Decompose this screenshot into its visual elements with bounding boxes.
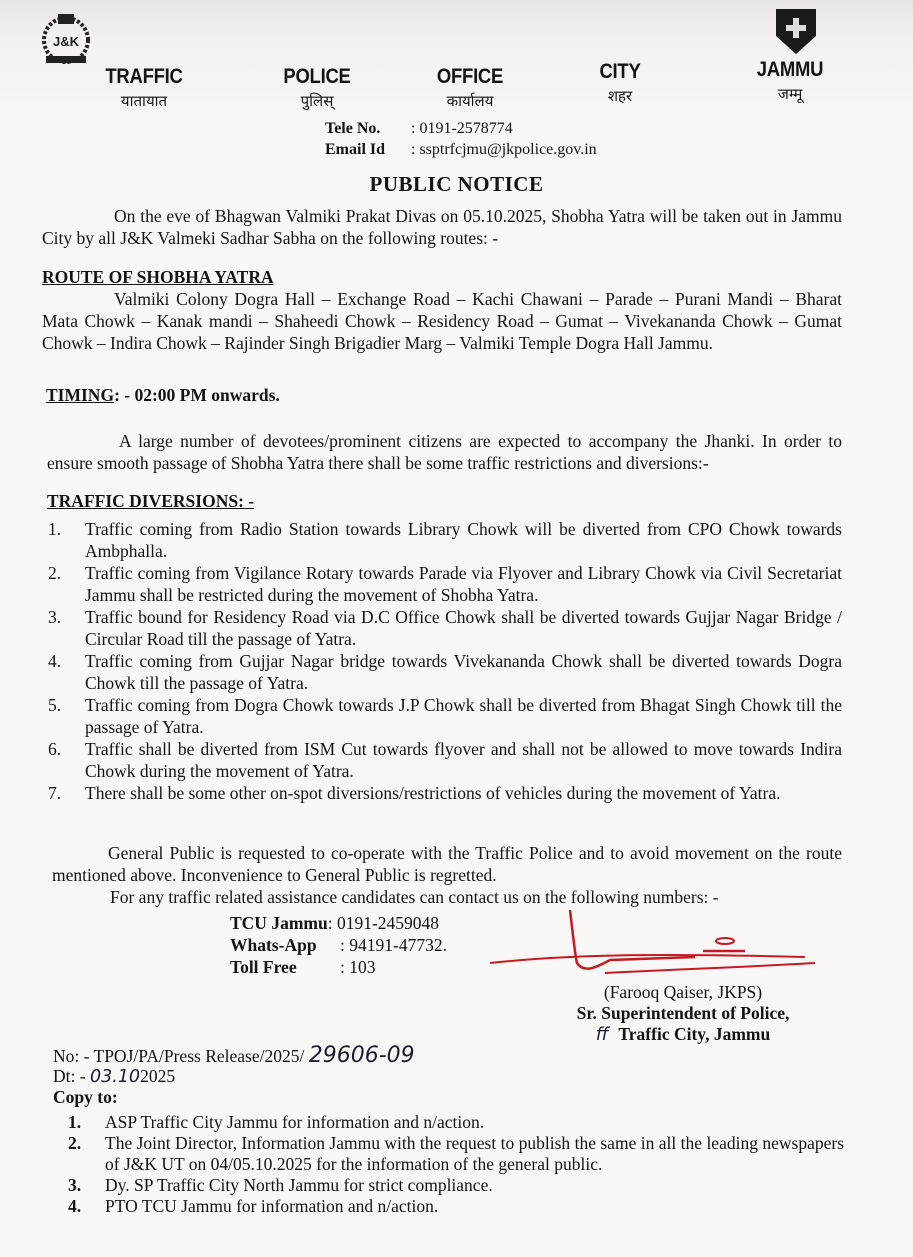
list-number: 2. — [68, 1133, 81, 1154]
route-heading: ROUTE OF SHOBHA YATRA — [42, 266, 842, 288]
page-title: PUBLIC NOTICE — [0, 172, 913, 197]
header-word-office: OFFICE कार्यालय — [425, 65, 515, 111]
list-number: 5. — [48, 694, 61, 716]
list-number: 7. — [48, 782, 61, 804]
list-number: 6. — [48, 738, 61, 760]
list-number: 4. — [48, 650, 61, 672]
reference-block: No: - TPOJ/PA/Press Release/2025/ 29606-… — [53, 1046, 653, 1107]
header-word-city: CITY शहर — [590, 60, 650, 106]
contact-tcu: TCU Jammu: 0191-2459048 — [230, 912, 447, 934]
list-text: Traffic shall be diverted from ISM Cut t… — [85, 739, 842, 781]
list-text: Dy. SP Traffic City North Jammu for stri… — [105, 1175, 493, 1195]
jk-police-crest-icon: J&K — [34, 10, 98, 70]
copy-to-item: 1.ASP Traffic City Jammu for information… — [68, 1112, 844, 1133]
list-text: Traffic coming from Vigilance Rotary tow… — [85, 563, 842, 605]
diversion-item: 2.Traffic coming from Vigilance Rotary t… — [48, 562, 842, 606]
tele-number: : 0191-2578774 — [411, 120, 513, 137]
list-number: 1. — [68, 1112, 81, 1133]
svg-text:J&K: J&K — [53, 34, 80, 49]
helpline-contacts: TCU Jammu: 0191-2459048 Whats-App: 94191… — [230, 912, 447, 978]
signature-block: (Farooq Qaiser, JKPS) Sr. Superintendent… — [548, 982, 818, 1046]
reference-date: Dt: - 03.102025 — [53, 1066, 653, 1087]
diversion-item: 5.Traffic coming from Dogra Chowk toward… — [48, 694, 842, 738]
list-text: Traffic coming from Dogra Chowk towards … — [85, 695, 842, 737]
list-text: PTO TCU Jammu for information and n/acti… — [105, 1196, 438, 1216]
signatory-designation: Sr. Superintendent of Police, — [548, 1003, 818, 1024]
copy-to-label: Copy to: — [53, 1087, 653, 1107]
copy-to-item: 4.PTO TCU Jammu for information and n/ac… — [68, 1196, 844, 1217]
diversions-list: 1.Traffic coming from Radio Station towa… — [48, 518, 842, 804]
signatory-name: (Farooq Qaiser, JKPS) — [548, 982, 818, 1003]
diversion-item: 6.Traffic shall be diverted from ISM Cut… — [48, 738, 842, 782]
list-text: There shall be some other on-spot divers… — [85, 783, 780, 803]
diversions-heading: TRAFFIC DIVERSIONS: - — [47, 490, 847, 512]
reference-number: No: - TPOJ/PA/Press Release/2025/ 29606-… — [53, 1046, 653, 1066]
route-text: Valmiki Colony Dogra Hall – Exchange Roa… — [42, 288, 842, 354]
list-number: 2. — [48, 562, 61, 584]
list-number: 3. — [68, 1175, 81, 1196]
closing-paragraph: General Public is requested to co-operat… — [52, 842, 842, 886]
header-word-jammu: JAMMU जम्मू — [740, 58, 840, 104]
list-number: 1. — [48, 518, 61, 540]
signatory-office: ffTraffic City, Jammu — [548, 1024, 818, 1046]
list-text: ASP Traffic City Jammu for information a… — [105, 1112, 484, 1132]
expectation-paragraph: A large number of devotees/prominent cit… — [47, 430, 842, 474]
diversion-item: 7.There shall be some other on-spot dive… — [48, 782, 842, 804]
header-word-police: POLICE पुलिस् — [273, 65, 361, 111]
list-text: Traffic bound for Residency Road via D.C… — [85, 607, 842, 649]
traffic-police-shield-icon — [773, 6, 819, 56]
copy-to-list: 1.ASP Traffic City Jammu for information… — [68, 1112, 844, 1217]
list-number: 4. — [68, 1196, 81, 1217]
notice-page: J&K TRAFFIC यातायात POLICE पुलिस् OFFICE… — [0, 0, 913, 1257]
intro-paragraph: On the eve of Bhagwan Valmiki Prakat Div… — [42, 205, 842, 249]
signature-scribble-icon — [485, 905, 825, 980]
diversion-item: 3.Traffic bound for Residency Road via D… — [48, 606, 842, 650]
copy-to-item: 2.The Joint Director, Information Jammu … — [68, 1133, 844, 1175]
contact-tollfree: Toll Free: 103 — [230, 956, 447, 978]
email-address[interactable]: : ssptrfcjmu@jkpolice.gov.in — [411, 141, 597, 158]
office-contact: Tele No.: 0191-2578774 Email Id: ssptrfc… — [325, 118, 597, 160]
contact-whatsapp: Whats-App: 94191-47732. — [230, 934, 447, 956]
diversion-item: 1.Traffic coming from Radio Station towa… — [48, 518, 842, 562]
list-text: The Joint Director, Information Jammu wi… — [105, 1133, 844, 1174]
timing: TIMING: - 02:00 PM onwards. — [46, 384, 846, 406]
list-text: Traffic coming from Radio Station toward… — [85, 519, 842, 561]
header-word-traffic: TRAFFIC यातायात — [96, 65, 192, 111]
diversion-item: 4.Traffic coming from Gujjar Nagar bridg… — [48, 650, 842, 694]
copy-to-item: 3.Dy. SP Traffic City North Jammu for st… — [68, 1175, 844, 1196]
list-text: Traffic coming from Gujjar Nagar bridge … — [85, 651, 842, 693]
list-number: 3. — [48, 606, 61, 628]
